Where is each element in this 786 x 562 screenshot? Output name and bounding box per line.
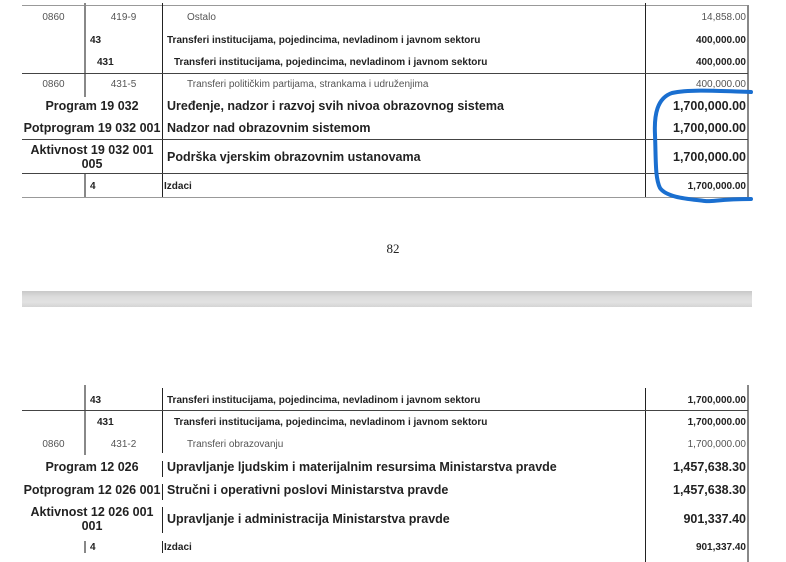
activity-row: Aktivnost 19 032 001 005 Podrška vjerski… [22, 141, 748, 173]
table-row: 43 Transferi institucijama, pojedincima,… [22, 391, 748, 409]
table-row: 0860 419-9 Ostalo 14,858.00 [22, 8, 748, 26]
func-code: 0860 [22, 75, 85, 93]
program-code: Program 12 026 [22, 457, 162, 477]
row-amount: 14,858.00 [645, 8, 748, 26]
subprogram-row: Potprogram 19 032 001 Nadzor nad obrazov… [22, 118, 748, 138]
program-row: Program 19 032 Uređenje, nadzor i razvoj… [22, 96, 748, 116]
func-code [22, 176, 85, 196]
table-row: 0860 431-2 Transferi obrazovanju 1,700,0… [22, 435, 748, 453]
activity-name: Upravljanje i administracija Ministarstv… [162, 503, 645, 535]
activity-amount: 1,700,000.00 [645, 141, 748, 173]
table-row: 4 Izdaci 901,337.40 [22, 538, 748, 556]
table-row: 431 Transferi institucijama, pojedincima… [22, 413, 748, 431]
activity-row: Aktivnost 12 026 001 001 Upravljanje i a… [22, 503, 748, 535]
econ-code: 419-9 [85, 8, 162, 26]
func-code [22, 413, 85, 431]
subprogram-code: Potprogram 12 026 001 [22, 480, 162, 500]
econ-code: 4 [85, 538, 162, 556]
econ-code: 43 [85, 391, 162, 409]
econ-code: 431-5 [85, 75, 162, 93]
subprogram-name: Nadzor nad obrazovnim sistemom [162, 118, 645, 138]
row-line [22, 139, 748, 140]
row-line [22, 173, 748, 174]
pdf-page-82: 0860 419-9 Ostalo 14,858.00 43 Transferi… [0, 0, 786, 290]
row-description: Transferi političkim partijama, strankam… [162, 75, 645, 93]
program-row: Program 12 026 Upravljanje ljudskim i ma… [22, 457, 748, 477]
row-amount: 400,000.00 [645, 53, 748, 71]
row-description: Transferi obrazovanju [162, 435, 645, 453]
econ-code: 431-2 [85, 435, 162, 453]
program-amount: 1,700,000.00 [645, 96, 748, 116]
subprogram-name: Stručni i operativni poslovi Ministarstv… [162, 480, 645, 500]
row-description: Transferi institucijama, pojedincima, ne… [162, 53, 645, 71]
func-code: 0860 [22, 8, 85, 26]
row-line [22, 73, 748, 74]
page-separator [22, 291, 752, 307]
func-code [22, 53, 85, 71]
econ-code: 43 [85, 31, 162, 49]
row-amount: 1,700,000.00 [645, 413, 748, 431]
row-description: Izdaci [162, 176, 645, 196]
subprogram-amount: 1,457,638.30 [645, 480, 748, 500]
row-amount: 400,000.00 [645, 75, 748, 93]
row-line [22, 410, 748, 411]
page-number: 82 [0, 241, 786, 257]
func-code [22, 538, 85, 556]
activity-amount: 901,337.40 [645, 503, 748, 535]
row-amount: 1,700,000.00 [645, 435, 748, 453]
program-code: Program 19 032 [22, 96, 162, 116]
table-row: 4 Izdaci 1,700,000.00 [22, 176, 748, 196]
pdf-page-83: 43 Transferi institucijama, pojedincima,… [0, 308, 786, 562]
table-row: 431 Transferi institucijama, pojedincima… [22, 53, 748, 71]
row-description: Transferi institucijama, pojedincima, ne… [162, 31, 645, 49]
table-row: 43 Transferi institucijama, pojedincima,… [22, 31, 748, 49]
econ-code: 4 [85, 176, 162, 196]
subprogram-code: Potprogram 19 032 001 [22, 118, 162, 138]
activity-code: Aktivnost 12 026 001 001 [22, 503, 162, 535]
row-amount: 400,000.00 [645, 31, 748, 49]
table-bottom-border [22, 197, 748, 198]
econ-code: 431 [85, 413, 162, 431]
table-top-border [22, 5, 748, 6]
program-amount: 1,457,638.30 [645, 457, 748, 477]
program-name: Uređenje, nadzor i razvoj svih nivoa obr… [162, 96, 645, 116]
program-name: Upravljanje ljudskim i materijalnim resu… [162, 457, 645, 477]
subprogram-amount: 1,700,000.00 [645, 118, 748, 138]
row-amount: 1,700,000.00 [645, 176, 748, 196]
row-description: Transferi institucijama, pojedincima, ne… [162, 413, 645, 431]
row-amount: 901,337.40 [645, 538, 748, 556]
row-description: Izdaci [162, 538, 645, 556]
func-code: 0860 [22, 435, 85, 453]
table-row: 0860 431-5 Transferi političkim partijam… [22, 75, 748, 93]
row-description: Ostalo [162, 8, 645, 26]
row-description: Transferi institucijama, pojedincima, ne… [162, 391, 645, 409]
econ-code: 431 [85, 53, 162, 71]
activity-name: Podrška vjerskim obrazovnim ustanovama [162, 141, 645, 173]
func-code [22, 31, 85, 49]
subprogram-row: Potprogram 12 026 001 Stručni i operativ… [22, 480, 748, 500]
func-code [22, 391, 85, 409]
activity-code: Aktivnost 19 032 001 005 [22, 141, 162, 173]
row-amount: 1,700,000.00 [645, 391, 748, 409]
